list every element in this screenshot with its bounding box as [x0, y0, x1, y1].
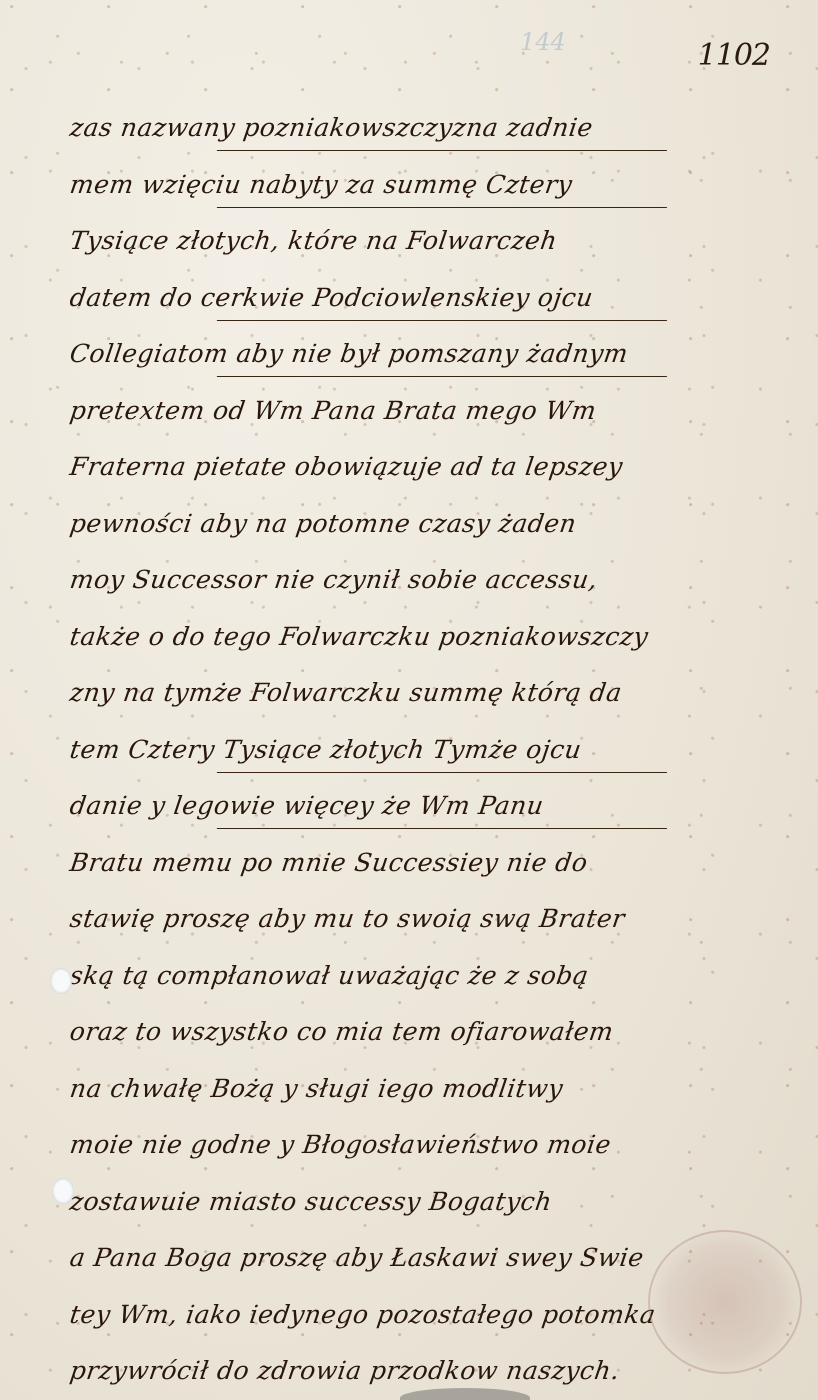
text-line: przywrócił do zdrowia przodkow naszych.: [66, 1343, 694, 1400]
text-line: a Pana Boga proszę aby Łaskawi swey Swie: [66, 1230, 694, 1287]
text-line: zas nazwany pozniakowszczyzna zadnie: [66, 100, 694, 157]
text-line: pewności aby na potomne czasy żaden: [66, 496, 694, 553]
text-line: zny na tymże Folwarczku summę którą da: [66, 665, 694, 722]
text-line: ską tą compłanował uważając że z sobą: [66, 948, 694, 1005]
text-line: moie nie godne y Błogosławieństwo moie: [66, 1117, 694, 1174]
text-line: Fraterna pietate obowiązuje ad ta lepsze…: [66, 439, 694, 496]
archive-seal-stamp: [648, 1230, 802, 1374]
text-line: Collegiatom aby nie był pomszany żadnym: [66, 326, 694, 383]
text-line: także o do tego Folwarczku pozniakowszcz…: [66, 609, 694, 666]
text-line: datem do cerkwie Podciowlenskiey ojcu: [66, 270, 694, 327]
text-line: Bratu memu po mnie Successiey nie do: [66, 835, 694, 892]
binding-hole: [52, 1178, 74, 1204]
text-line: tey Wm, iako iedynego pozostałego potomk…: [66, 1287, 694, 1344]
text-line: tem Cztery Tysiące złotych Tymże ojcu: [66, 722, 694, 779]
text-line: mem wzięciu nabyty za summę Cztery: [66, 157, 694, 214]
text-line: pretextem od Wm Pana Brata mego Wm: [66, 383, 694, 440]
text-line: zostawuie miasto successy Bogatych: [66, 1174, 694, 1231]
text-line: Tysiące złotych, które na Folwarczeh: [66, 213, 694, 270]
handwritten-text-block: zas nazwany pozniakowszczyzna zadnie mem…: [70, 100, 690, 1400]
text-line: oraz to wszystko co mia tem ofiarowałem: [66, 1004, 694, 1061]
archive-mark: 144: [520, 28, 566, 56]
folio-number: 1102: [698, 38, 770, 73]
text-line: na chwałę Bożą y sługi iego modlitwy: [66, 1061, 694, 1118]
manuscript-page: 144 1102 zas nazwany pozniakowszczyzna z…: [0, 0, 818, 1400]
text-line: danie y legowie więcey że Wm Panu: [66, 778, 694, 835]
text-line: stawię proszę aby mu to swoią swą Brater: [66, 891, 694, 948]
binding-hole: [50, 968, 72, 994]
text-line: moy Successor nie czynił sobie accessu,: [66, 552, 694, 609]
